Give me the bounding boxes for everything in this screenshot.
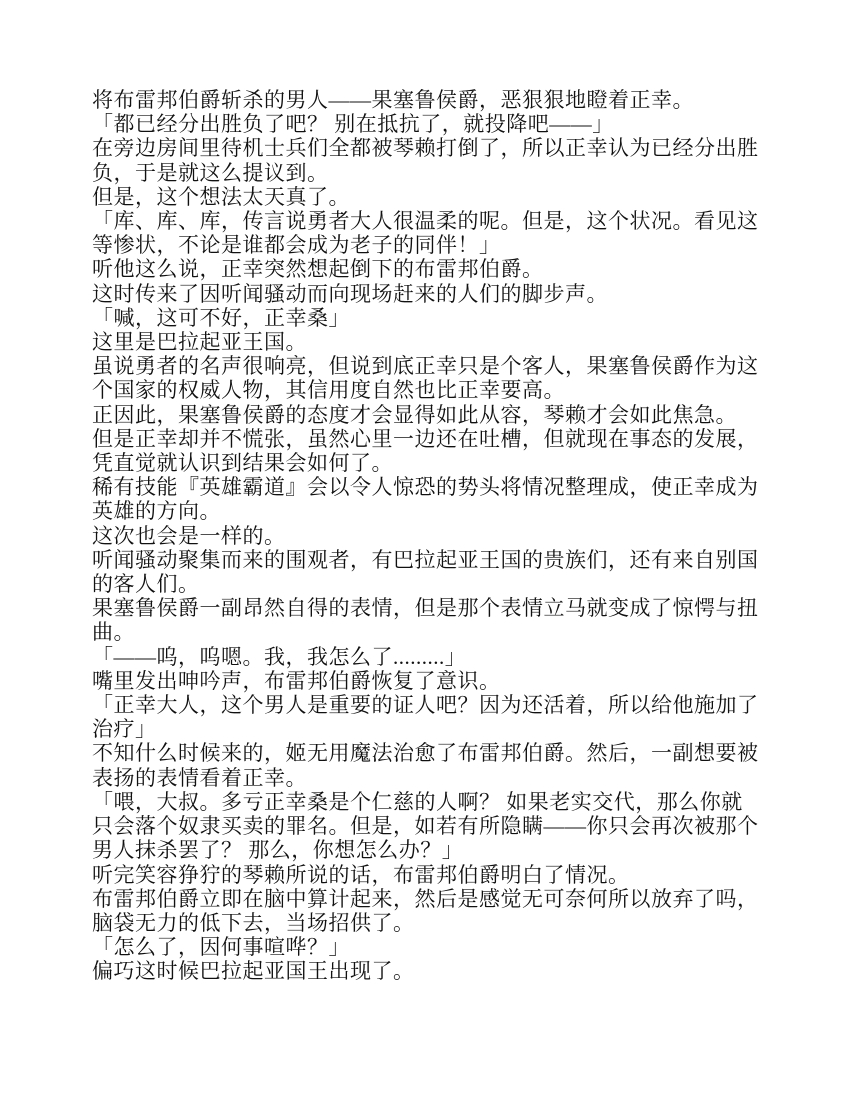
text-line: 这时传来了因听闻骚动而向现场赶来的人们的脚步声。: [92, 282, 758, 306]
text-line: 负，于是就这么提议到。: [92, 161, 758, 185]
text-line: 稀有技能『英雄霸道』会以令人惊恐的势头将情况整理成，使正幸成为: [92, 475, 758, 499]
text-line: 「怎么了，因何事喧哗？」: [92, 935, 758, 959]
text-line: 「喂，大叔。多亏正幸桑是个仁慈的人啊？ 如果老实交代，那么你就: [92, 790, 758, 814]
text-line: 嘴里发出呻吟声，布雷邦伯爵恢复了意识。: [92, 669, 758, 693]
text-line: 偏巧这时候巴拉起亚国王出现了。: [92, 959, 758, 983]
text-line: 布雷邦伯爵立即在脑中算计起来，然后是感觉无可奈何所以放弃了吗，: [92, 887, 758, 911]
text-line: 虽说勇者的名声很响亮，但说到底正幸只是个客人，果塞鲁侯爵作为这: [92, 354, 758, 378]
text-line: 但是，这个想法太天真了。: [92, 185, 758, 209]
text-line: 将布雷邦伯爵斩杀的男人——果塞鲁侯爵，恶狠狠地瞪着正幸。: [92, 88, 758, 112]
novel-text-block: 将布雷邦伯爵斩杀的男人——果塞鲁侯爵，恶狠狠地瞪着正幸。「都已经分出胜负了吧？ …: [92, 88, 758, 984]
text-line: 听他这么说，正幸突然想起倒下的布雷邦伯爵。: [92, 257, 758, 281]
text-line: 等惨状，不论是谁都会成为老子的同伴！」: [92, 233, 758, 257]
text-line: 「都已经分出胜负了吧？ 别在抵抗了，就投降吧——」: [92, 112, 758, 136]
text-line: 曲。: [92, 620, 758, 644]
text-line: 凭直觉就认识到结果会如何了。: [92, 451, 758, 475]
text-line: 脑袋无力的低下去，当场招供了。: [92, 911, 758, 935]
text-line: 不知什么时候来的，姬无用魔法治愈了布雷邦伯爵。然后，一副想要被: [92, 741, 758, 765]
text-line: 只会落个奴隶买卖的罪名。但是，如若有所隐瞒——你只会再次被那个: [92, 814, 758, 838]
text-line: 这里是巴拉起亚王国。: [92, 330, 758, 354]
text-line: 的客人们。: [92, 572, 758, 596]
text-line: 听完笑容狰狞的琴赖所说的话，布雷邦伯爵明白了情况。: [92, 863, 758, 887]
text-line: 英雄的方向。: [92, 499, 758, 523]
text-line: 「——呜，呜嗯。我，我怎么了.........」: [92, 645, 758, 669]
text-line: 「喊，这可不好，正幸桑」: [92, 306, 758, 330]
text-line: 这次也会是一样的。: [92, 524, 758, 548]
document-page: 将布雷邦伯爵斩杀的男人——果塞鲁侯爵，恶狠狠地瞪着正幸。「都已经分出胜负了吧？ …: [0, 0, 850, 1100]
text-line: 表扬的表情看着正幸。: [92, 766, 758, 790]
text-line: 「库、库、库，传言说勇者大人很温柔的呢。但是，这个状况。看见这: [92, 209, 758, 233]
text-line: 听闻骚动聚集而来的围观者，有巴拉起亚王国的贵族们，还有来自别国: [92, 548, 758, 572]
text-line: 果塞鲁侯爵一副昂然自得的表情，但是那个表情立马就变成了惊愕与扭: [92, 596, 758, 620]
text-line: 治疗」: [92, 717, 758, 741]
text-line: 男人抹杀罢了？ 那么，你想怎么办？」: [92, 838, 758, 862]
text-line: 个国家的权威人物，其信用度自然也比正幸要高。: [92, 378, 758, 402]
text-line: 「正幸大人，这个男人是重要的证人吧？因为还活着，所以给他施加了: [92, 693, 758, 717]
text-line: 在旁边房间里待机士兵们全都被琴赖打倒了，所以正幸认为已经分出胜: [92, 136, 758, 160]
text-line: 正因此，果塞鲁侯爵的态度才会显得如此从容，琴赖才会如此焦急。: [92, 403, 758, 427]
text-line: 但是正幸却并不慌张，虽然心里一边还在吐槽，但就现在事态的发展，: [92, 427, 758, 451]
